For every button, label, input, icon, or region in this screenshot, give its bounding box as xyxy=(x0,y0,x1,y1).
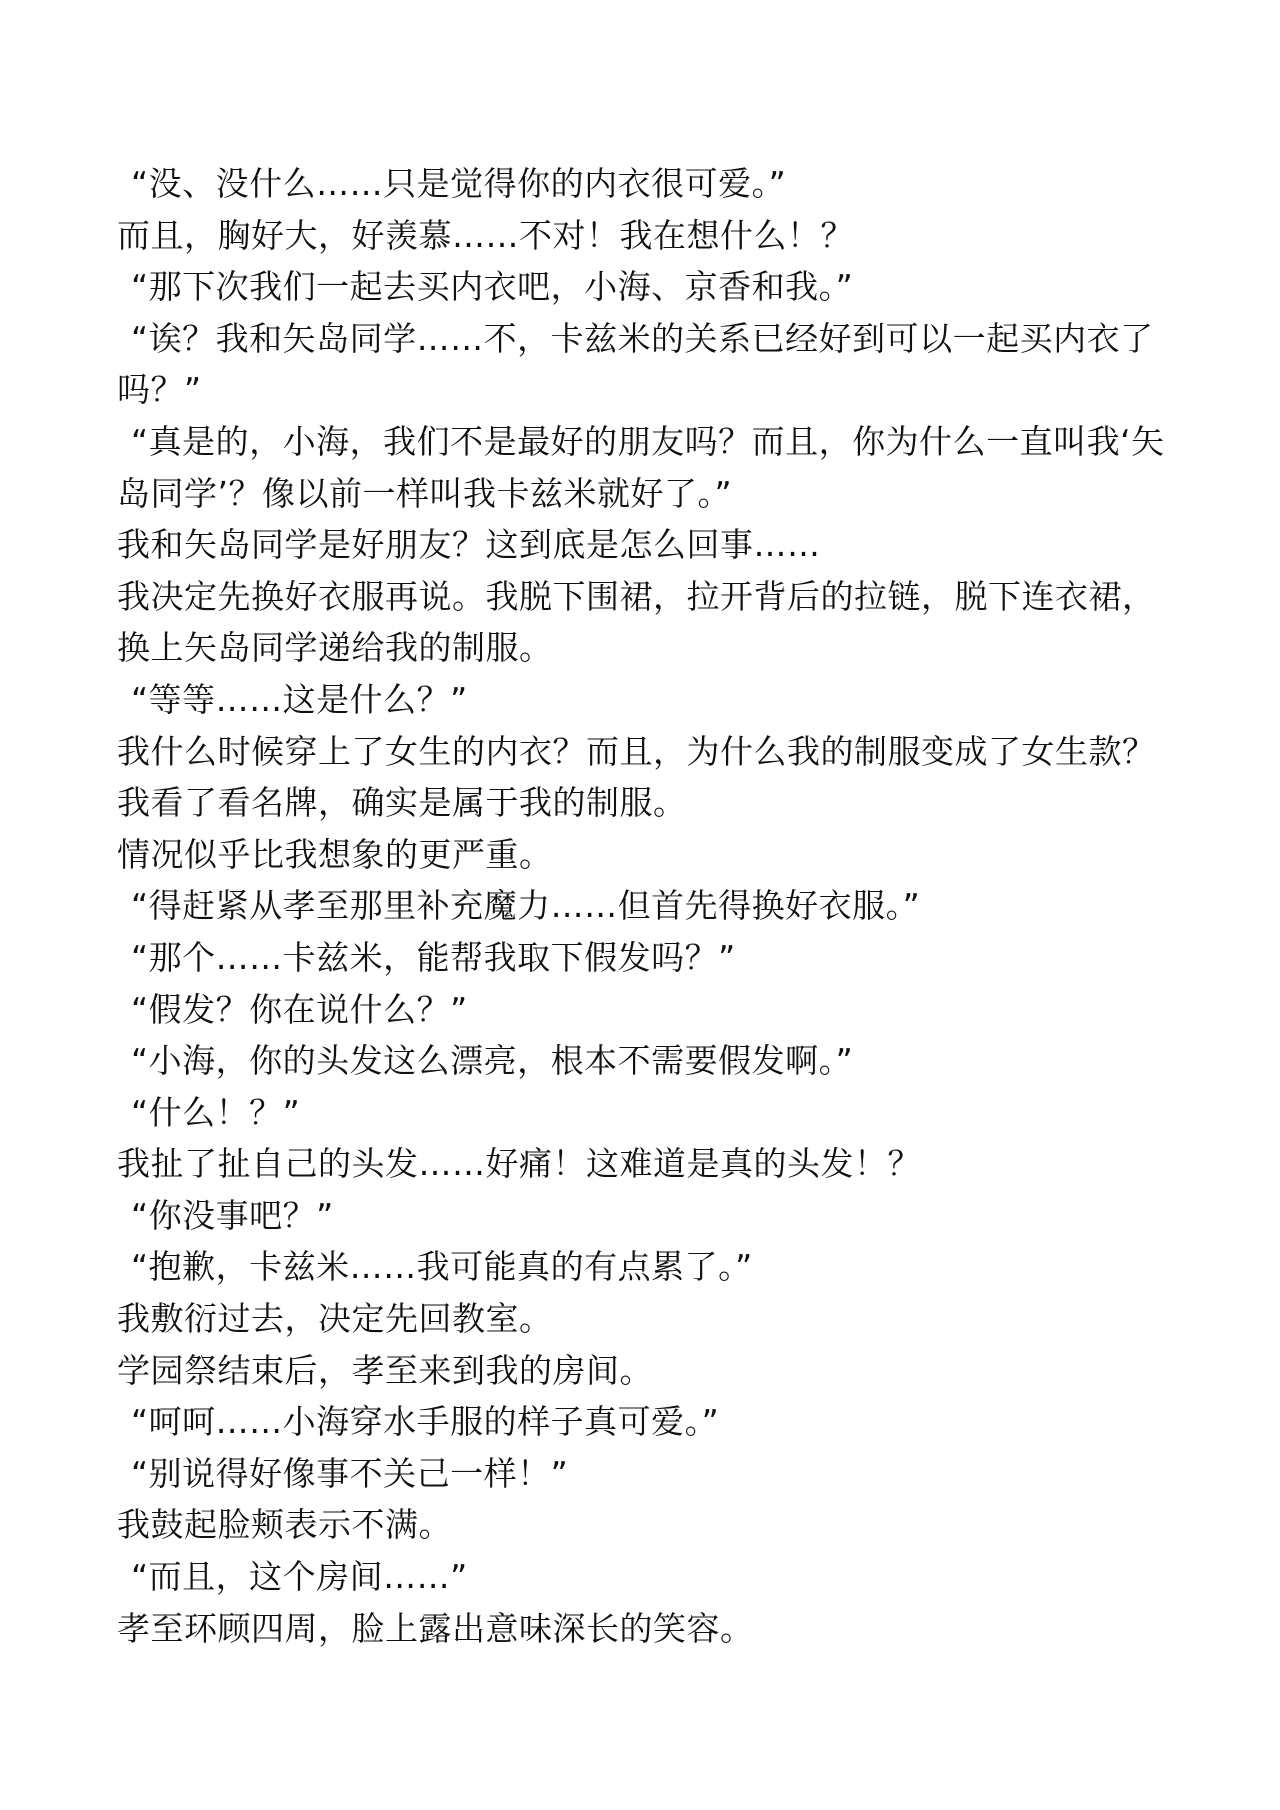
paragraph-narration: 我看了看名牌，确实是属于我的制服。 xyxy=(117,777,1169,829)
paragraph-narration: 我扯了扯自己的头发……好痛！这难道是真的头发！？ xyxy=(117,1138,1169,1190)
paragraph-dialogue: “什么！？” xyxy=(117,1087,1169,1139)
paragraph-dialogue: “别说得好像事不关己一样！” xyxy=(117,1448,1169,1500)
paragraph-dialogue: “没、没什么……只是觉得你的内衣很可爱。” xyxy=(117,158,1169,210)
paragraph-dialogue: “抱歉，卡兹米……我可能真的有点累了。” xyxy=(117,1241,1169,1293)
paragraph-dialogue: “而且，这个房间……” xyxy=(117,1551,1169,1603)
paragraph-narration: 情况似乎比我想象的更严重。 xyxy=(117,829,1169,881)
paragraph-narration: 学园祭结束后，孝至来到我的房间。 xyxy=(117,1345,1169,1397)
paragraph-dialogue: “诶？我和矢岛同学……不，卡兹米的关系已经好到可以一起买内衣了吗？” xyxy=(117,313,1169,416)
paragraph-dialogue: “得赶紧从孝至那里补充魔力……但首先得换好衣服。” xyxy=(117,880,1169,932)
paragraph-narration: 我和矢岛同学是好朋友？这到底是怎么回事…… xyxy=(117,519,1169,571)
paragraph-dialogue: “那下次我们一起去买内衣吧，小海、京香和我。” xyxy=(117,261,1169,313)
paragraph-narration: 我敷衍过去，决定先回教室。 xyxy=(117,1293,1169,1345)
paragraph-narration: 孝至环顾四周，脸上露出意味深长的笑容。 xyxy=(117,1603,1169,1655)
paragraph-narration: 我什么时候穿上了女生的内衣？而且，为什么我的制服变成了女生款？ xyxy=(117,726,1169,778)
paragraph-dialogue: “你没事吧？” xyxy=(117,1190,1169,1242)
paragraph-dialogue: “小海，你的头发这么漂亮，根本不需要假发啊。” xyxy=(117,1035,1169,1087)
paragraph-dialogue: “那个……卡兹米，能帮我取下假发吗？” xyxy=(117,932,1169,984)
paragraph-dialogue: “假发？你在说什么？” xyxy=(117,984,1169,1036)
paragraph-dialogue: “真是的，小海，我们不是最好的朋友吗？而且，你为什么一直叫我‘矢岛同学’？像以前… xyxy=(117,416,1169,519)
paragraph-narration: 而且，胸好大，好羡慕……不对！我在想什么！？ xyxy=(117,210,1169,262)
document-page: “没、没什么……只是觉得你的内衣很可爱。” 而且，胸好大，好羡慕……不对！我在想… xyxy=(117,158,1169,1654)
paragraph-narration: 我鼓起脸颊表示不满。 xyxy=(117,1499,1169,1551)
paragraph-dialogue: “呵呵……小海穿水手服的样子真可爱。” xyxy=(117,1396,1169,1448)
paragraph-narration: 我决定先换好衣服再说。我脱下围裙，拉开背后的拉链，脱下连衣裙，换上矢岛同学递给我… xyxy=(117,571,1169,674)
paragraph-dialogue: “等等……这是什么？” xyxy=(117,674,1169,726)
